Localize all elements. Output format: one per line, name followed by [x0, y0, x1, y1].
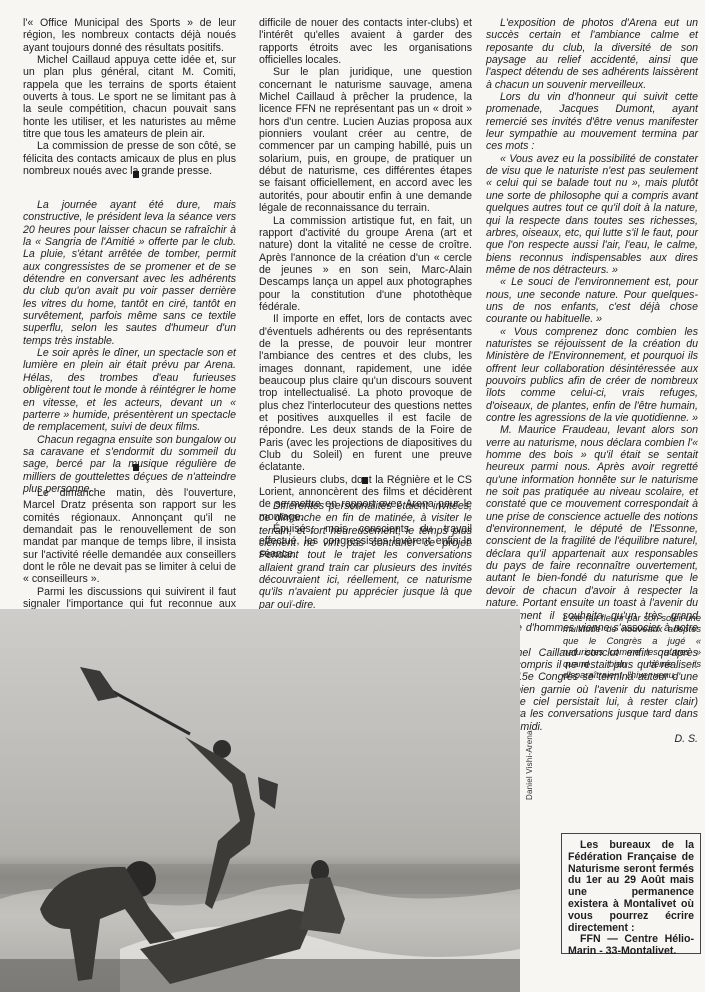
section-separator	[133, 171, 139, 178]
photo-caption: L'été fait fleurir par son soleil une mu…	[563, 613, 701, 681]
paragraph: Le soir après le dîner, un spectacle son…	[23, 347, 236, 433]
column-1-block-2: La journée ayant été dure, mais construc…	[23, 199, 236, 495]
paragraph: La commission artistique fut, en fait, u…	[259, 215, 472, 314]
quote-paragraph: « Vous comprenez donc combien les naturi…	[486, 326, 698, 425]
paragraph: Michel Caillaud appuya cette idée et, su…	[23, 54, 236, 140]
section-separator	[133, 464, 139, 471]
paragraph: La commission de presse de son côté, se …	[23, 140, 236, 177]
paragraph: Il importe en effet, lors de contacts av…	[259, 313, 472, 473]
column-1-block-1: l'« Office Municipal des Sports » de leu…	[23, 17, 236, 177]
column-1-block-3: Le dimanche matin, dès l'ouverture, Marc…	[23, 487, 236, 623]
paragraph: Chacun regagna ensuite son bungalow ou s…	[23, 434, 236, 496]
paragraph: La journée ayant été dure, mais construc…	[23, 199, 236, 347]
paragraph: difficile de nouer des contacts inter-cl…	[259, 17, 472, 66]
paragraph: Différentes personnalités étaient invité…	[259, 500, 472, 611]
photo-credit: Daniel Vishi-Arena	[525, 705, 537, 825]
notice-text: Les bureaux de la Fédération Française d…	[568, 840, 694, 934]
quote-paragraph: « Le souci de l'environnement est, pour …	[486, 276, 698, 325]
paragraph: l'« Office Municipal des Sports » de leu…	[23, 17, 236, 54]
paragraph: Le dimanche matin, dès l'ouverture, Marc…	[23, 487, 236, 586]
beach-kayak-photo	[0, 609, 520, 992]
section-separator	[362, 477, 368, 484]
paragraph: Sur le plan juridique, une question conc…	[259, 66, 472, 214]
paragraph: L'exposition de photos d'Arena eut un su…	[486, 17, 698, 91]
notice-address: FFN — Centre Hélio-Marin - 33-Montalivet…	[568, 934, 694, 958]
paragraph: Lors du vin d'honneur qui suivit cette p…	[486, 91, 698, 153]
column-2-block-2: Différentes personnalités étaient invité…	[259, 500, 472, 611]
notice-box: Les bureaux de la Fédération Française d…	[561, 833, 701, 954]
photo-illustration	[0, 609, 520, 992]
quote-paragraph: « Vous avez eu la possibilité de constat…	[486, 153, 698, 276]
